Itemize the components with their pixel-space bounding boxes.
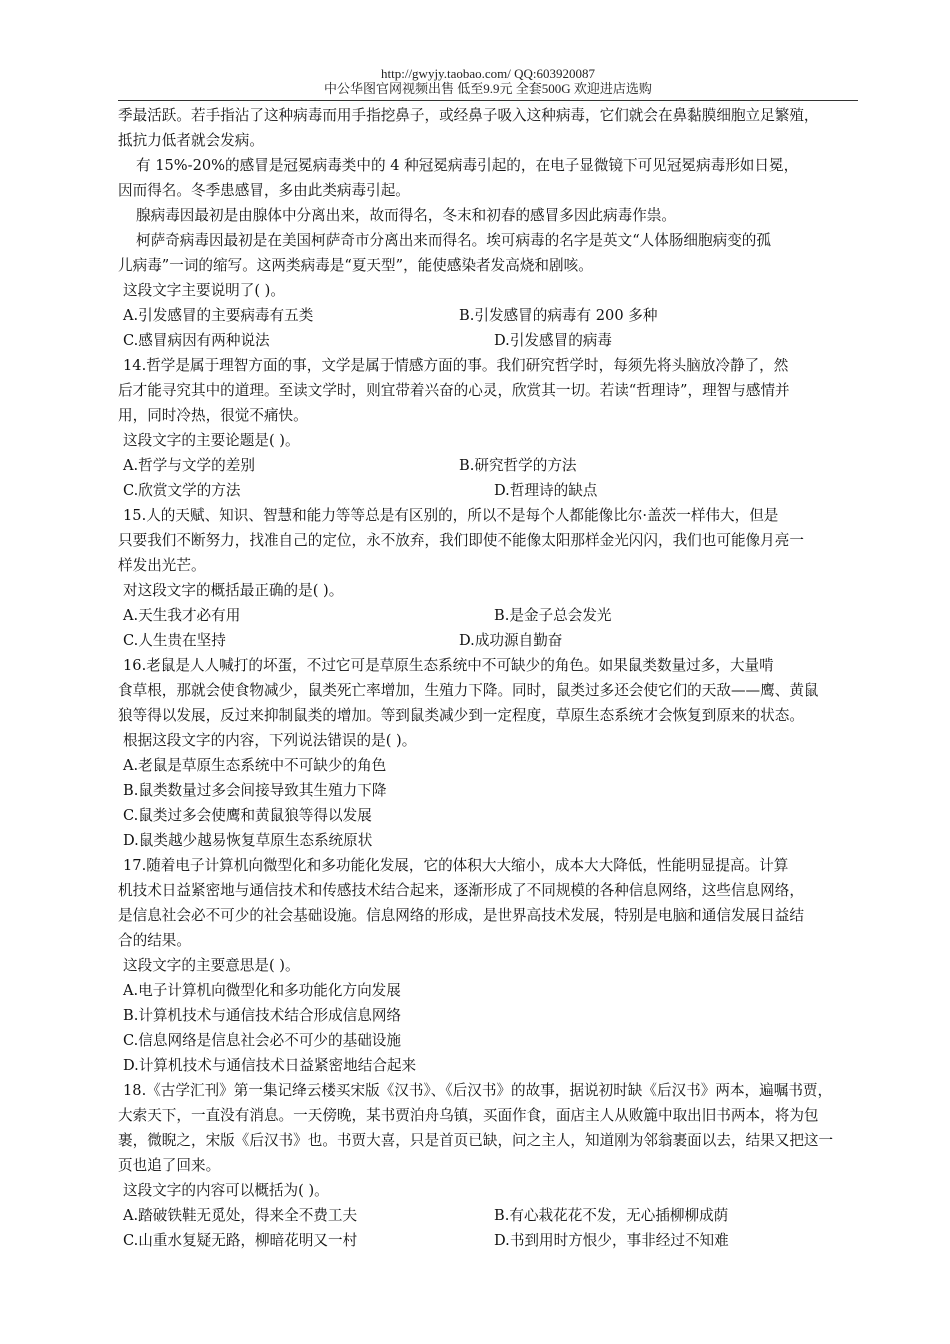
option-d[interactable]: D.引发感冒的病毒 — [494, 328, 612, 353]
passage-line: 样发出光芒。 — [118, 553, 860, 578]
options-row: A.引发感冒的主要病毒有五类 B.引发感冒的病毒有 200 多种 — [118, 303, 860, 328]
options-row: A.哲学与文学的差别 B.研究哲学的方法 — [118, 453, 860, 478]
question-13: 这段文字主要说明了( )。 A.引发感冒的主要病毒有五类 B.引发感冒的病毒有 … — [118, 278, 860, 353]
passage-line: 18.《古学汇刊》第一集记绛云楼买宋版《汉书》、《后汉书》的故事，据说初时缺《后… — [118, 1078, 860, 1103]
options-row: A.天生我才必有用 B.是金子总会发光 — [118, 603, 860, 628]
option-d[interactable]: D.书到用时方恨少，事非经过不知难 — [494, 1228, 729, 1253]
passage-line: 柯萨奇病毒因最初是在美国柯萨奇市分离出来而得名。埃可病毒的名字是英文“人体肠细胞… — [118, 228, 860, 253]
header-rule — [118, 100, 858, 101]
option-b[interactable]: B.引发感冒的病毒有 200 多种 — [459, 303, 657, 328]
passage-line: 用，同时冷热，很觉不痛快。 — [118, 403, 860, 428]
question-15: 15.人的天赋、知识、智慧和能力等等总是有区别的，所以不是每个人都能像比尔·盖茨… — [118, 503, 860, 653]
option-c[interactable]: C.山重水复疑无路，柳暗花明又一村 — [123, 1228, 357, 1253]
passage-line: 抵抗力低者就会发病。 — [118, 128, 860, 153]
option-a[interactable]: A.天生我才必有用 — [123, 603, 240, 628]
question-14: 14.哲学是属于理智方面的事，文学是属于情感方面的事。我们研究哲学时，每须先将头… — [118, 353, 860, 503]
passage-line: 17.随着电子计算机向微型化和多功能化发展，它的体积大大缩小，成本大大降低，性能… — [118, 853, 860, 878]
options-row: C.欣赏文学的方法 D.哲理诗的缺点 — [118, 478, 860, 503]
passage-line: 后才能寻究其中的道理。至读文学时，则宜带着兴奋的心灵，欣赏其一切。若读“哲理诗”… — [118, 378, 860, 403]
options-row: C.山重水复疑无路，柳暗花明又一村 D.书到用时方恨少，事非经过不知难 — [118, 1228, 860, 1253]
page-header: http://gwyjy.taobao.com/ QQ:603920087 中公… — [118, 66, 858, 96]
intro-passage: 季最活跃。若手指沾了这种病毒而用手指挖鼻子，或经鼻子吸入这种病毒，它们就会在鼻黏… — [118, 103, 860, 278]
option-a[interactable]: A.电子计算机向微型化和多功能化方向发展 — [118, 978, 860, 1003]
option-a[interactable]: A.老鼠是草原生态系统中不可缺少的角色 — [118, 753, 860, 778]
passage-line: 大索天下，一直没有消息。一天傍晚，某书贾泊舟乌镇，买面作食，面店主人从败簏中取出… — [118, 1103, 860, 1128]
option-c[interactable]: C.人生贵在坚持 — [123, 628, 226, 653]
option-b[interactable]: B.有心栽花花不发，无心插柳柳成荫 — [494, 1203, 728, 1228]
question-stem: 这段文字主要说明了( )。 — [118, 278, 860, 303]
question-16: 16.老鼠是人人喊打的坏蛋，不过它可是草原生态系统中不可缺少的角色。如果鼠类数量… — [118, 653, 860, 853]
option-a[interactable]: A.引发感冒的主要病毒有五类 — [123, 303, 313, 328]
option-b[interactable]: B.计算机技术与通信技术结合形成信息网络 — [118, 1003, 860, 1028]
question-stem: 根据这段文字的内容，下列说法错误的是( )。 — [118, 728, 860, 753]
passage-line: 食草根，那就会使食物减少，鼠类死亡率增加，生殖力下降。同时，鼠类过多还会使它们的… — [118, 678, 860, 703]
passage-line: 狼等得以发展，反过来抑制鼠类的增加。等到鼠类减少到一定程度，草原生态系统才会恢复… — [118, 703, 860, 728]
option-a[interactable]: A.踏破铁鞋无觅处，得来全不费工夫 — [123, 1203, 357, 1228]
options-row: A.踏破铁鞋无觅处，得来全不费工夫 B.有心栽花花不发，无心插柳柳成荫 — [118, 1203, 860, 1228]
option-c[interactable]: C.感冒病因有两种说法 — [123, 328, 270, 353]
option-d[interactable]: D.鼠类越少越易恢复草原生态系统原状 — [118, 828, 860, 853]
document-body: 季最活跃。若手指沾了这种病毒而用手指挖鼻子，或经鼻子吸入这种病毒，它们就会在鼻黏… — [118, 103, 860, 1253]
question-stem: 对这段文字的概括最正确的是( )。 — [118, 578, 860, 603]
option-c[interactable]: C.欣赏文学的方法 — [123, 478, 240, 503]
passage-line: 腺病毒因最初是由腺体中分离出来，故而得名，冬末和初春的感冒多因此病毒作祟。 — [118, 203, 860, 228]
passage-line: 儿病毒”一词的缩写。这两类病毒是“夏天型”，能使感染者发高烧和剧咳。 — [118, 253, 860, 278]
passage-line: 页也追了回来。 — [118, 1153, 860, 1178]
passage-line: 合的结果。 — [118, 928, 860, 953]
passage-line: 14.哲学是属于理智方面的事，文学是属于情感方面的事。我们研究哲学时，每须先将头… — [118, 353, 860, 378]
question-17: 17.随着电子计算机向微型化和多功能化发展，它的体积大大缩小，成本大大降低，性能… — [118, 853, 860, 1078]
passage-line: 15.人的天赋、知识、智慧和能力等等总是有区别的，所以不是每个人都能像比尔·盖茨… — [118, 503, 860, 528]
header-url-line: http://gwyjy.taobao.com/ QQ:603920087 — [118, 66, 858, 81]
option-d[interactable]: D.成功源自勤奋 — [459, 628, 562, 653]
option-b[interactable]: B.研究哲学的方法 — [459, 453, 577, 478]
option-d[interactable]: D.哲理诗的缺点 — [494, 478, 597, 503]
passage-line: 是信息社会必不可少的社会基础设施。信息网络的形成，是世界高技术发展，特别是电脑和… — [118, 903, 860, 928]
option-c[interactable]: C.鼠类过多会使鹰和黄鼠狼等得以发展 — [118, 803, 860, 828]
option-b[interactable]: B.鼠类数量过多会间接导致其生殖力下降 — [118, 778, 860, 803]
passage-line: 机技术日益紧密地与通信技术和传感技术结合起来，逐渐形成了不同规模的各种信息网络，… — [118, 878, 860, 903]
passage-line: 因而得名。冬季患感冒，多由此类病毒引起。 — [118, 178, 860, 203]
option-b[interactable]: B.是金子总会发光 — [494, 603, 612, 628]
passage-line: 16.老鼠是人人喊打的坏蛋，不过它可是草原生态系统中不可缺少的角色。如果鼠类数量… — [118, 653, 860, 678]
option-d[interactable]: D.计算机技术与通信技术日益紧密地结合起来 — [118, 1053, 860, 1078]
passage-line: 只要我们不断努力，找准自己的定位，永不放弃，我们即使不能像太阳那样金光闪闪，我们… — [118, 528, 860, 553]
question-stem: 这段文字的主要论题是( )。 — [118, 428, 860, 453]
options-row: C.人生贵在坚持 D.成功源自勤奋 — [118, 628, 860, 653]
passage-line: 有 15%-20%的感冒是冠冕病毒类中的 4 种冠冕病毒引起的，在电子显微镜下可… — [118, 153, 860, 178]
question-stem: 这段文字的主要意思是( )。 — [118, 953, 860, 978]
option-a[interactable]: A.哲学与文学的差别 — [123, 453, 255, 478]
options-row: C.感冒病因有两种说法 D.引发感冒的病毒 — [118, 328, 860, 353]
option-c[interactable]: C.信息网络是信息社会必不可少的基础设施 — [118, 1028, 860, 1053]
passage-line: 季最活跃。若手指沾了这种病毒而用手指挖鼻子，或经鼻子吸入这种病毒，它们就会在鼻黏… — [118, 103, 860, 128]
question-18: 18.《古学汇刊》第一集记绛云楼买宋版《汉书》、《后汉书》的故事，据说初时缺《后… — [118, 1078, 860, 1253]
passage-line: 裹，微睨之，宋版《后汉书》也。书贾大喜，只是首页已缺，问之主人，知道刚为邻翁裹面… — [118, 1128, 860, 1153]
header-ad-line: 中公华图官网视频出售 低至9.9元 全套500G 欢迎进店选购 — [118, 81, 858, 96]
question-stem: 这段文字的内容可以概括为( )。 — [118, 1178, 860, 1203]
